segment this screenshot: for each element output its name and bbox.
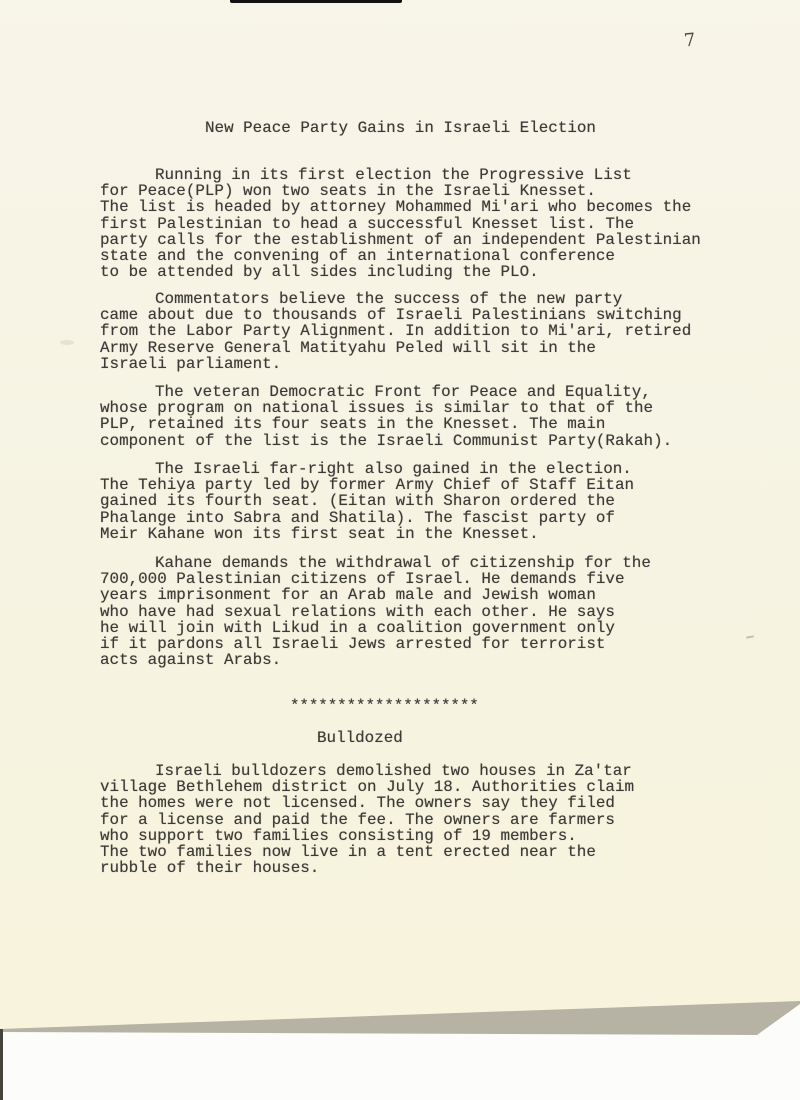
- section-divider-asterisks: ********************: [290, 697, 479, 715]
- paragraph: Kahane demands the withdrawal of citizen…: [100, 555, 760, 668]
- paragraph: The veteran Democratic Front for Peace a…: [100, 384, 760, 449]
- paragraph: The Israeli far-right also gained in the…: [100, 461, 760, 542]
- article1-title: New Peace Party Gains in Israeli Electio…: [205, 120, 596, 137]
- scan-background: 7 New Peace Party Gains in Israeli Elect…: [0, 0, 800, 1100]
- paragraph: Running in its first election the Progre…: [100, 167, 760, 280]
- paper-smudge: [60, 340, 74, 345]
- article2-title: Bulldozed: [317, 730, 403, 747]
- paragraph: Israeli bulldozers demolished two houses…: [100, 763, 760, 876]
- paragraph: Commentators believe the success of the …: [100, 291, 760, 372]
- scan-edge-artifact-top: [230, 0, 402, 3]
- scan-edge-artifact-left: [0, 1029, 3, 1100]
- page-number: 7: [683, 30, 696, 52]
- document-page: 7 New Peace Party Gains in Israeli Elect…: [0, 0, 800, 1034]
